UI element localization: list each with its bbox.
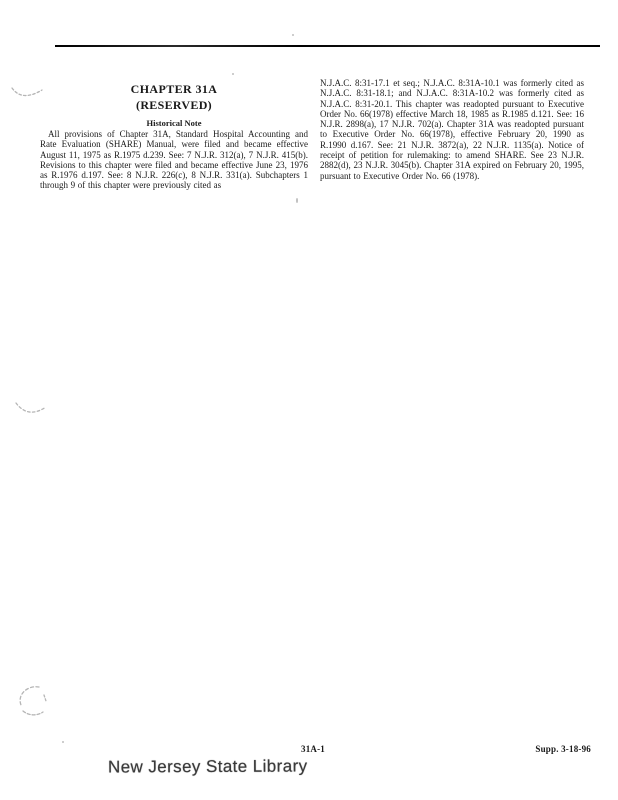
page-number: 31A-1 [0, 744, 618, 754]
library-stamp: New Jersey State Library [108, 756, 308, 777]
left-column: CHAPTER 31A (RESERVED) Historical Note A… [40, 76, 308, 191]
historical-note-text-continued: N.J.A.C. 8:31-17.1 et seq.; N.J.A.C. 8:3… [320, 78, 584, 181]
document-page: CHAPTER 31A (RESERVED) Historical Note A… [0, 0, 618, 800]
scan-speck [296, 198, 298, 203]
right-column: N.J.A.C. 8:31-17.1 et seq.; N.J.A.C. 8:3… [320, 77, 584, 181]
historical-note-heading: Historical Note [40, 119, 308, 128]
chapter-title: CHAPTER 31A [40, 76, 308, 95]
scan-speck [292, 34, 294, 36]
header-rule [55, 45, 600, 47]
scan-speck [62, 741, 64, 743]
scan-mark-curve-middle [10, 393, 50, 421]
scan-speck [232, 73, 234, 75]
historical-note-text: All provisions of Chapter 31A, Standard … [40, 129, 308, 191]
reserved-label: (RESERVED) [40, 100, 308, 111]
scan-mark-circle-bottom [15, 685, 51, 727]
supplement-date: Supp. 3-18-96 [535, 744, 591, 754]
